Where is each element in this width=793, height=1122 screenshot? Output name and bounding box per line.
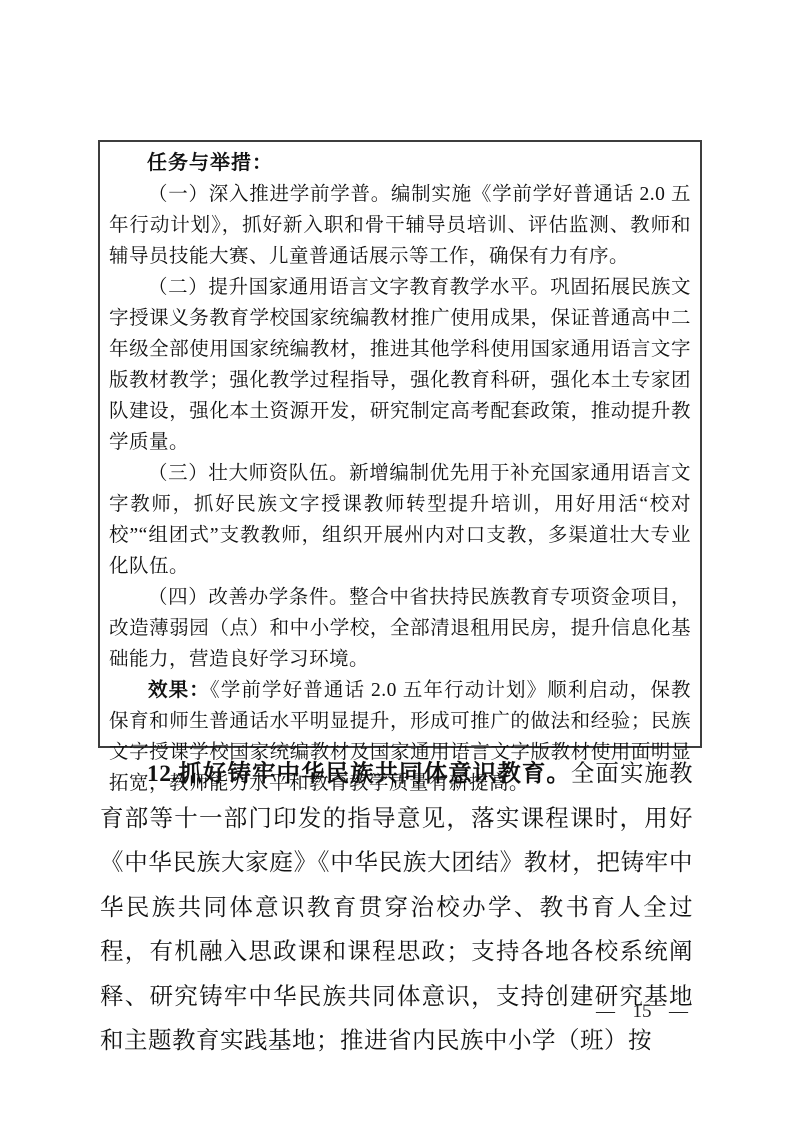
effect-label: 效果： xyxy=(148,679,210,701)
task-item-3: （三）壮大师资队伍。新增编制优先用于补充国家通用语言文字教师，抓好民族文字授课教… xyxy=(109,458,691,582)
tasks-and-measures-box: 任务与举措： （一）深入推进学前学普。编制实施《学前学好普通话 2.0 五年行动… xyxy=(98,140,702,748)
page-number-dash-left: — xyxy=(596,1001,615,1023)
page-number: — 15 — xyxy=(596,1001,688,1023)
task-item-1: （一）深入推进学前学普。编制实施《学前学好普通话 2.0 五年行动计划》，抓好新… xyxy=(109,179,691,272)
task-item-2: （二）提升国家通用语言文字教育教学水平。巩固拓展民族文字授课义务教育学校国家统编… xyxy=(109,272,691,458)
task-item-4: （四）改善办学条件。整合中省扶持民族教育专项资金项目，改造薄弱园（点）和中小学校… xyxy=(109,582,691,675)
page-number-dash-right: — xyxy=(669,1001,688,1023)
document-page: 任务与举措： （一）深入推进学前学普。编制实施《学前学好普通话 2.0 五年行动… xyxy=(0,0,793,1122)
paragraph-12-heading: 12.抓好铸牢中华民族共同体意识教育。 xyxy=(147,761,571,787)
page-number-value: 15 xyxy=(633,1001,652,1023)
tasks-box-title: 任务与举措： xyxy=(109,148,691,179)
